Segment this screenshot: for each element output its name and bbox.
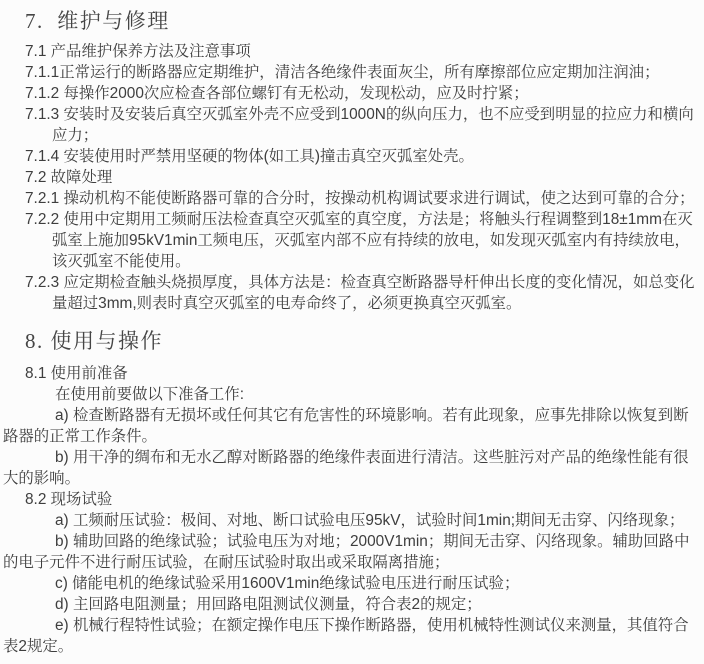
item-7-2-2: 7.2.2 使用中定期用工频耐压法检查真空灭弧室的真空度，方法是；将触头行程调整… xyxy=(25,209,704,272)
para-prep-intro: 在使用前要做以下准备工作: xyxy=(3,384,704,405)
document-body: 7. 维护与修理7.1 产品维护保养方法及注意事项7.1.1正常运行的断路器应定… xyxy=(0,8,704,657)
item-7-1-4: 7.1.4 安装使用时严禁用坚硬的物体(如工具)撞击真空灭弧室处壳。 xyxy=(25,146,704,167)
section-8-1: 8.1 使用前准备 xyxy=(25,363,704,384)
heading-chapter-7: 7. 维护与修理 xyxy=(25,8,704,34)
item-7-1-1: 7.1.1正常运行的断路器应定期维护，清洁各绝缘件表面灰尘，所有摩擦部位应定期加… xyxy=(25,62,704,83)
para-prep-a: a) 检查断路器有无损坏或任何其它有危害性的环境影响。若有此现象，应事先排除以恢… xyxy=(3,405,704,447)
section-8-2: 8.2 现场试验 xyxy=(25,489,704,510)
para-test-d: d) 主回路电阻测量；用回路电阻测试仪测量，符合表2的规定； xyxy=(3,594,704,615)
para-test-a: a) 工频耐压试验：极间、对地、断口试验电压95kV，试验时间1min;期间无击… xyxy=(3,510,704,531)
section-7-2: 7.2 故障处理 xyxy=(25,167,704,188)
item-7-1-2: 7.1.2 每操作2000次应检查各部位螺钉有无松动，发现松动，应及时拧紧； xyxy=(25,83,704,104)
item-7-2-1: 7.2.1 操动机构不能使断路器可靠的合分时，按操动机构调试要求进行调试，使之达… xyxy=(25,188,704,209)
para-prep-b: b) 用干净的绸布和无水乙醇对断路器的绝缘件表面进行清洁。这些脏污对产品的绝缘性… xyxy=(3,447,704,489)
heading-chapter-8: 8. 使用与操作 xyxy=(25,328,704,354)
para-test-c: c) 储能电机的绝缘试验采用1600V1min绝缘试验电压进行耐压试验； xyxy=(3,573,704,594)
item-7-2-3: 7.2.3 应定期检查触头烧损厚度，具体方法是：检查真空断路器导杆伸出长度的变化… xyxy=(25,272,704,314)
document-page: 7. 维护与修理7.1 产品维护保养方法及注意事项7.1.1正常运行的断路器应定… xyxy=(0,0,704,664)
para-test-e: e) 机械行程特性试验；在额定操作电压下操作断路器，使用机械特性测试仪来测量，其… xyxy=(3,615,704,657)
section-7-1: 7.1 产品维护保养方法及注意事项 xyxy=(25,41,704,62)
para-test-b: b) 辅助回路的绝缘试验；试验电压为对地；2000V1min；期间无击穿、闪络现… xyxy=(3,531,704,573)
item-7-1-3: 7.1.3 安装时及安装后真空灭弧室外壳不应受到1000N的纵向压力，也不应受到… xyxy=(25,104,704,146)
